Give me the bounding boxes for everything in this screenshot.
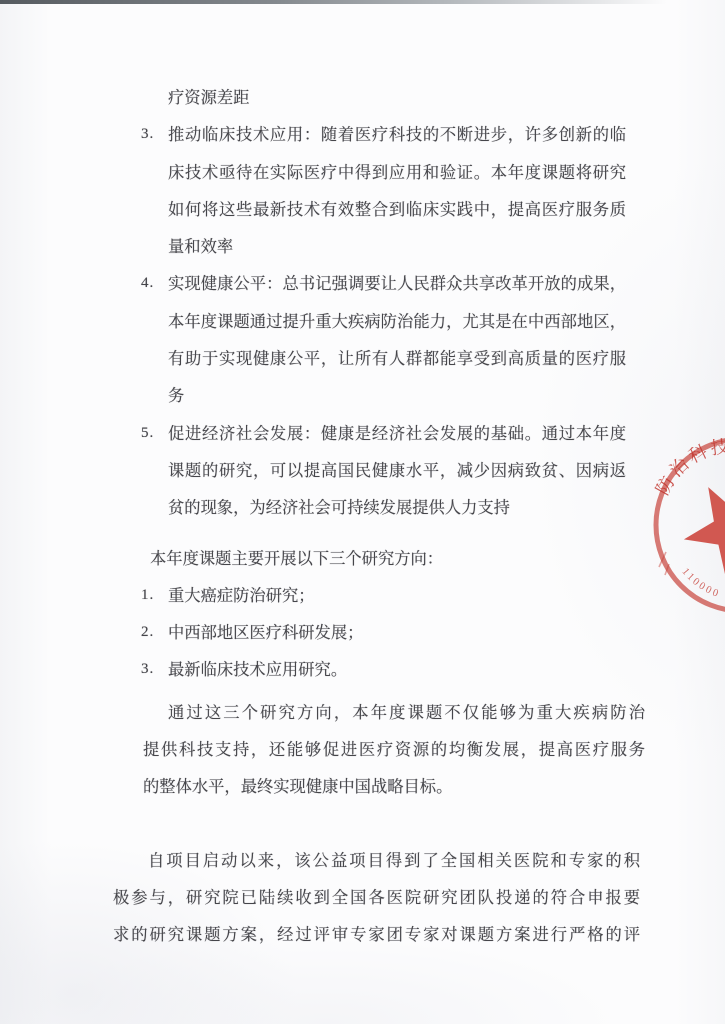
scanned-document-page: 疗资源差距 3. 推动临床技术应用：随着医疗科技的不断进步，许多创新的临床技术亟… [0, 0, 725, 1024]
list-item-number: 2. [141, 614, 154, 651]
seal-serial-number: 110000 [679, 566, 721, 600]
numbered-list-item: 4. 实现健康公平：总书记强调要让人民群众共享改革开放的成果，本年度课题通过提升… [168, 265, 626, 414]
text-line: 实现健康公平：总书记强调要让人民群众共享改革开放的成果， [168, 265, 626, 302]
text-line: 如何将这些最新技术有效整合到临床实践中，提高医疗服务质 [168, 191, 626, 228]
text-line: 本年度课题通过提升重大疾病防治能力，尤其是在中西部地区， [168, 303, 626, 340]
text-line: 贫的现象，为经济社会可持续发展提供人力支持 [168, 489, 626, 526]
official-red-seal: 防治科技 110000 [645, 424, 725, 629]
directions-list: 1. 重大癌症防治研究； 2. 中西部地区医疗科研发展； 3. 最新临床技术应用… [0, 577, 725, 689]
direction-item-text: 中西部地区医疗科研发展； [168, 614, 725, 651]
seal-arc-text: 防治科技 [652, 436, 725, 499]
text-line: 推动临床技术应用：随着医疗科技的不断进步，许多创新的临 [168, 116, 626, 153]
text-line: 提供科技支持，还能够促进医疗资源的均衡发展，提高医疗服务 [143, 731, 645, 768]
direction-list-item: 3. 最新临床技术应用研究。 [168, 651, 725, 688]
scanner-edge-artifact [0, 0, 725, 4]
list-item-text: 实现健康公平：总书记强调要让人民群众共享改革开放的成果，本年度课题通过提升重大疾… [168, 265, 626, 414]
document-body: 疗资源差距 3. 推动临床技术应用：随着医疗科技的不断进步，许多创新的临床技术亟… [0, 79, 725, 954]
carryover-line: 疗资源差距 [168, 79, 725, 116]
text-line: 量和效率 [168, 228, 626, 265]
text-line: 有助于实现健康公平，让所有人群都能享受到高质量的医疗服 [168, 340, 626, 377]
list-item-text: 促进经济社会发展：健康是经济社会发展的基础。通过本年度课题的研究，可以提高国民健… [168, 415, 626, 527]
text-line: 求的研究课题方案，经过评审专家团专家对课题方案进行严格的评 [113, 916, 640, 953]
text-line: 的整体水平，最终实现健康中国战略目标。 [143, 768, 645, 805]
direction-list-item: 1. 重大癌症防治研究； [168, 577, 725, 614]
text-line: 极参与，研究院已陆续收到全国各医院研究团队投递的符合申报要 [113, 879, 640, 916]
numbered-list-item: 3. 推动临床技术应用：随着医疗科技的不断进步，许多创新的临床技术亟待在实际医疗… [168, 116, 626, 265]
progress-paragraph: 自项目启动以来，该公益项目得到了全国相关医院和专家的积极参与，研究院已陆续收到全… [113, 842, 640, 954]
text-line: 自项目启动以来，该公益项目得到了全国相关医院和专家的积 [113, 842, 640, 879]
list-item-number: 4. [141, 265, 154, 302]
seal-star-icon [684, 487, 725, 578]
list-item-number: 5. [141, 415, 154, 452]
text-line: 通过这三个研究方向，本年度课题不仅能够为重大疾病防治 [143, 694, 645, 731]
summary-paragraph: 通过这三个研究方向，本年度课题不仅能够为重大疾病防治提供科技支持，还能够促进医疗… [143, 694, 645, 806]
directions-intro: 本年度课题主要开展以下三个研究方向： [150, 540, 725, 577]
text-line: 课题的研究，可以提高国民健康水平，减少因病致贫、因病返 [168, 452, 626, 489]
significance-list: 3. 推动临床技术应用：随着医疗科技的不断进步，许多创新的临床技术亟待在实际医疗… [0, 116, 725, 526]
direction-item-text: 最新临床技术应用研究。 [168, 651, 725, 688]
list-item-number: 3. [141, 651, 154, 688]
text-line: 床技术亟待在实际医疗中得到应用和验证。本年度课题将研究 [168, 154, 626, 191]
text-line: 务 [168, 377, 626, 414]
text-line: 促进经济社会发展：健康是经济社会发展的基础。通过本年度 [168, 415, 626, 452]
direction-list-item: 2. 中西部地区医疗科研发展； [168, 614, 725, 651]
direction-item-text: 重大癌症防治研究； [168, 577, 725, 614]
list-item-number: 1. [141, 577, 154, 614]
list-item-text: 推动临床技术应用：随着医疗科技的不断进步，许多创新的临床技术亟待在实际医疗中得到… [168, 116, 626, 265]
list-item-number: 3. [141, 116, 154, 153]
numbered-list-item: 5. 促进经济社会发展：健康是经济社会发展的基础。通过本年度课题的研究，可以提高… [168, 415, 626, 527]
